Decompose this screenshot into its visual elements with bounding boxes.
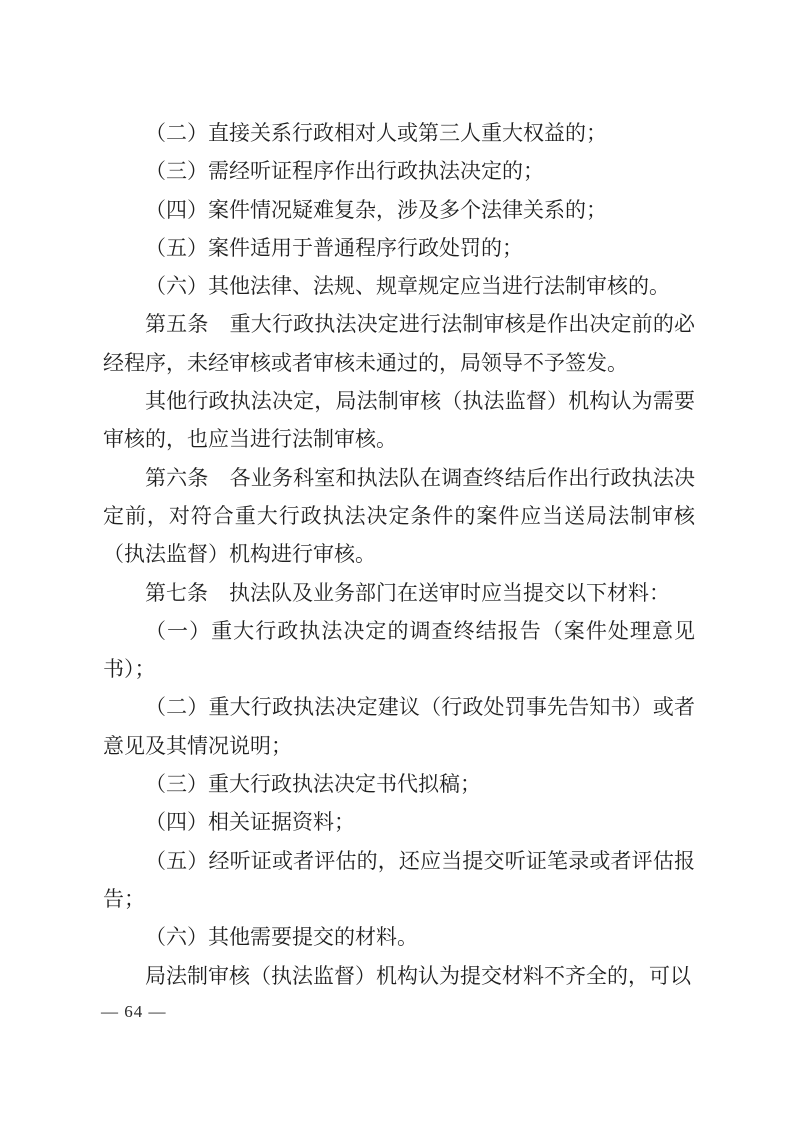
document-page: （二）直接关系行政相对人或第三人重大权益的；（三）需经听证程序作出行政执法决定的… <box>0 0 793 1122</box>
document-paragraph: 局法制审核（执法监督）机构认为提交材料不齐全的，可以 <box>103 957 695 995</box>
document-body: （二）直接关系行政相对人或第三人重大权益的；（三）需经听证程序作出行政执法决定的… <box>103 114 695 995</box>
page-number: — 64 — <box>101 1000 167 1024</box>
document-paragraph: （三）重大行政执法决定书代拟稿； <box>103 765 695 803</box>
document-paragraph: （五）经听证或者评估的，还应当提交听证笔录或者评估报告； <box>103 842 695 919</box>
document-paragraph: （三）需经听证程序作出行政执法决定的； <box>103 152 695 190</box>
document-paragraph: （二）重大行政执法决定建议（行政处罚事先告知书）或者意见及其情况说明； <box>103 688 695 765</box>
document-paragraph: （六）其他需要提交的材料。 <box>103 918 695 956</box>
document-paragraph: （四）相关证据资料； <box>103 803 695 841</box>
document-paragraph: （二）直接关系行政相对人或第三人重大权益的； <box>103 114 695 152</box>
document-paragraph: （四）案件情况疑难复杂，涉及多个法律关系的； <box>103 191 695 229</box>
document-paragraph: 第六条 各业务科室和执法队在调查终结后作出行政执法决定前，对符合重大行政执法决定… <box>103 459 695 574</box>
document-paragraph: 第五条 重大行政执法决定进行法制审核是作出决定前的必经程序，未经审核或者审核未通… <box>103 305 695 382</box>
document-paragraph: 其他行政执法决定，局法制审核（执法监督）机构认为需要审核的，也应当进行法制审核。 <box>103 382 695 459</box>
document-paragraph: （一）重大行政执法决定的调查终结报告（案件处理意见书）； <box>103 612 695 689</box>
document-paragraph: 第七条 执法队及业务部门在送审时应当提交以下材料： <box>103 574 695 612</box>
document-paragraph: （六）其他法律、法规、规章规定应当进行法制审核的。 <box>103 267 695 305</box>
document-paragraph: （五）案件适用于普通程序行政处罚的； <box>103 229 695 267</box>
